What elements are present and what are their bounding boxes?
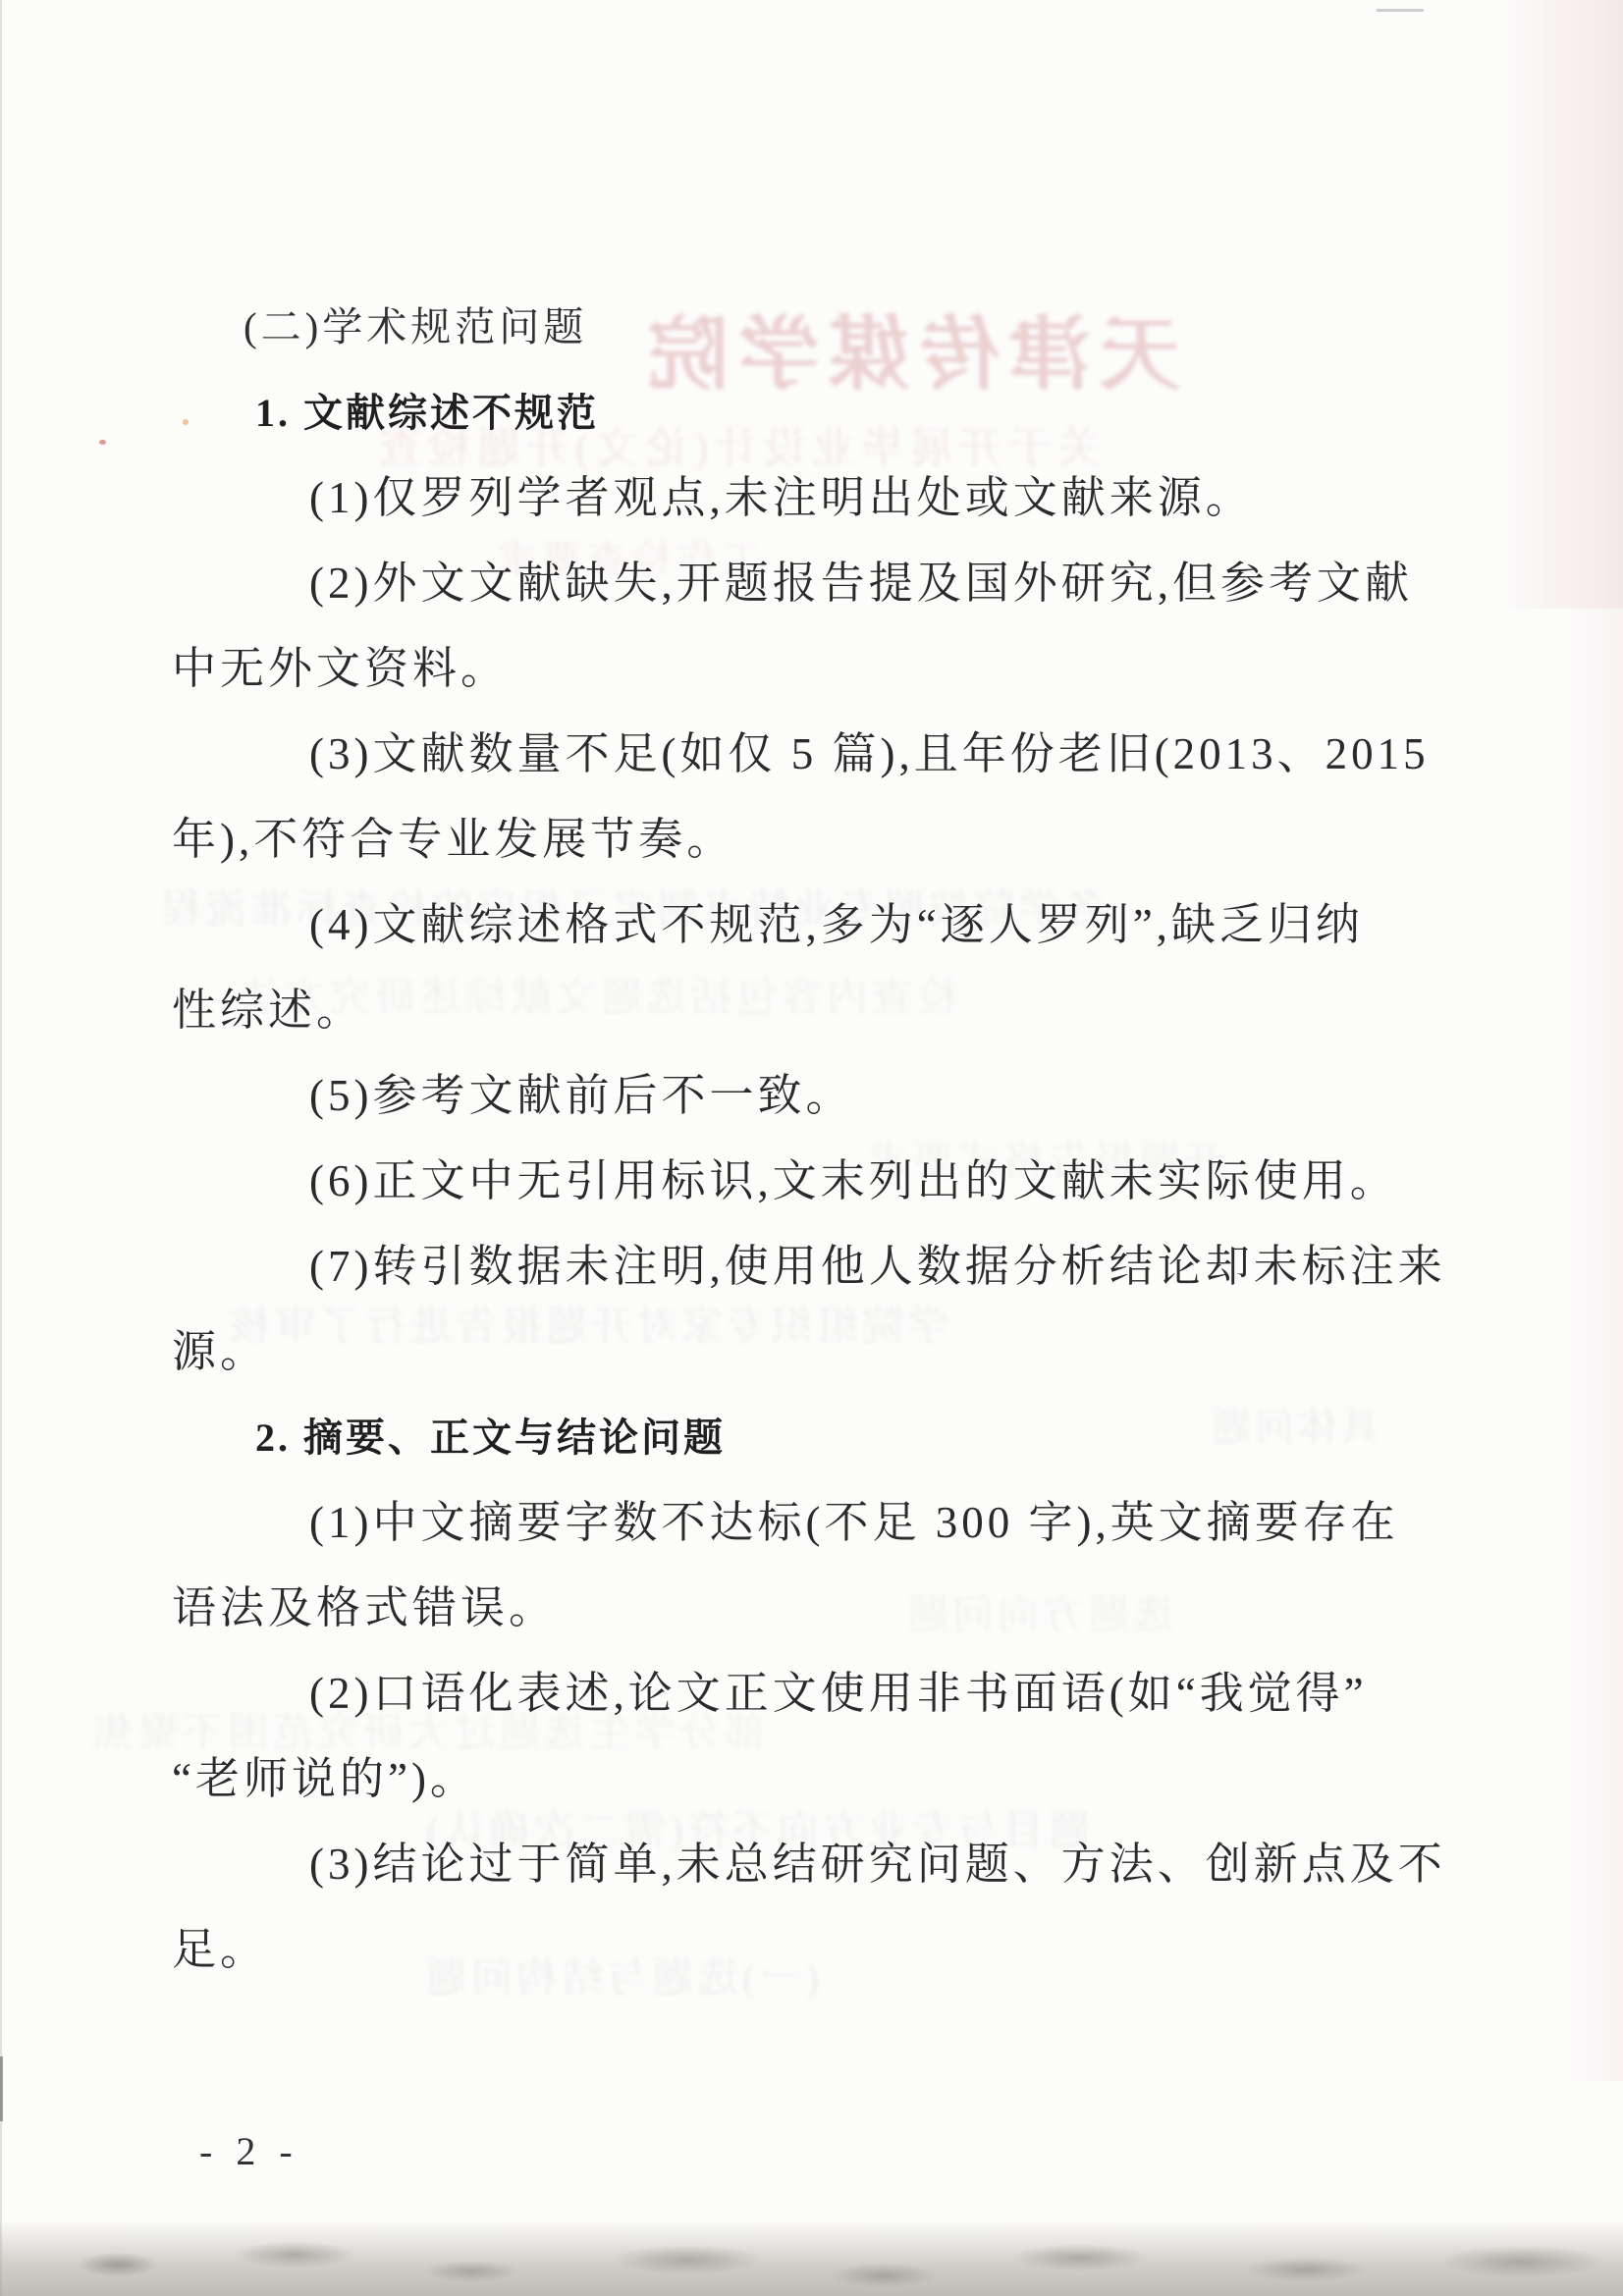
scan-edge-line [0, 0, 2, 2296]
list-item-continued: 年),不符合专业发展节奏。 [172, 797, 1495, 882]
list-item: (1)中文摘要字数不达标(不足 300 字),英文摘要存在 [172, 1480, 1495, 1566]
scan-speck [99, 440, 106, 445]
list-item: (5)参考文献前后不一致。 [172, 1053, 1495, 1139]
list-item: (2)外文文献缺失,开题报告提及国外研究,但参考文献 [172, 541, 1495, 626]
list-item-continued: 足。 [172, 1907, 1495, 1993]
list-item-continued: 性综述。 [172, 968, 1495, 1053]
list-item: (4)文献综述格式不规范,多为“逐人罗列”,缺乏归纳 [172, 882, 1495, 968]
list-item-continued: 源。 [172, 1309, 1495, 1395]
page-number: - 2 - [199, 2128, 299, 2174]
list-item-continued: 语法及格式错误。 [172, 1566, 1495, 1651]
scan-edge-mark [0, 2056, 3, 2121]
scanned-document-page: 天津传媒学院 关于开展毕业设计(论文)开题检查 工作检查要求 各学院按照专业特点… [0, 0, 1623, 2296]
list-item: (3)结论过于简单,未总结研究问题、方法、创新点及不 [172, 1822, 1495, 1907]
list-item-continued: 中无外文资料。 [172, 626, 1495, 712]
scan-edge-tint [1500, 0, 1623, 609]
scan-artifact-dash [1377, 9, 1424, 12]
scan-bottom-shadow [0, 2220, 1623, 2296]
list-item: (1)仅罗列学者观点,未注明出处或文献来源。 [172, 455, 1495, 541]
list-item: (6)正文中无引用标识,文末列出的文献未实际使用。 [172, 1139, 1495, 1224]
list-item: (2)口语化表述,论文正文使用非书面语(如“我觉得” [172, 1651, 1495, 1736]
list-item-continued: “老师说的”)。 [172, 1736, 1495, 1822]
subsection-heading-2: 2. 摘要、正文与结论问题 [172, 1395, 1495, 1480]
subsection-heading-1: 1. 文献综述不规范 [172, 370, 1495, 455]
document-body: (二)学术规范问题 1. 文献综述不规范 (1)仅罗列学者观点,未注明出处或文献… [172, 285, 1495, 1993]
section-heading: (二)学术规范问题 [172, 285, 1495, 370]
scan-edge-tint [1564, 609, 1623, 2081]
list-item: (3)文献数量不足(如仅 5 篇),且年份老旧(2013、2015 [172, 712, 1495, 797]
list-item: (7)转引数据未注明,使用他人数据分析结论却未标注来 [172, 1224, 1495, 1309]
